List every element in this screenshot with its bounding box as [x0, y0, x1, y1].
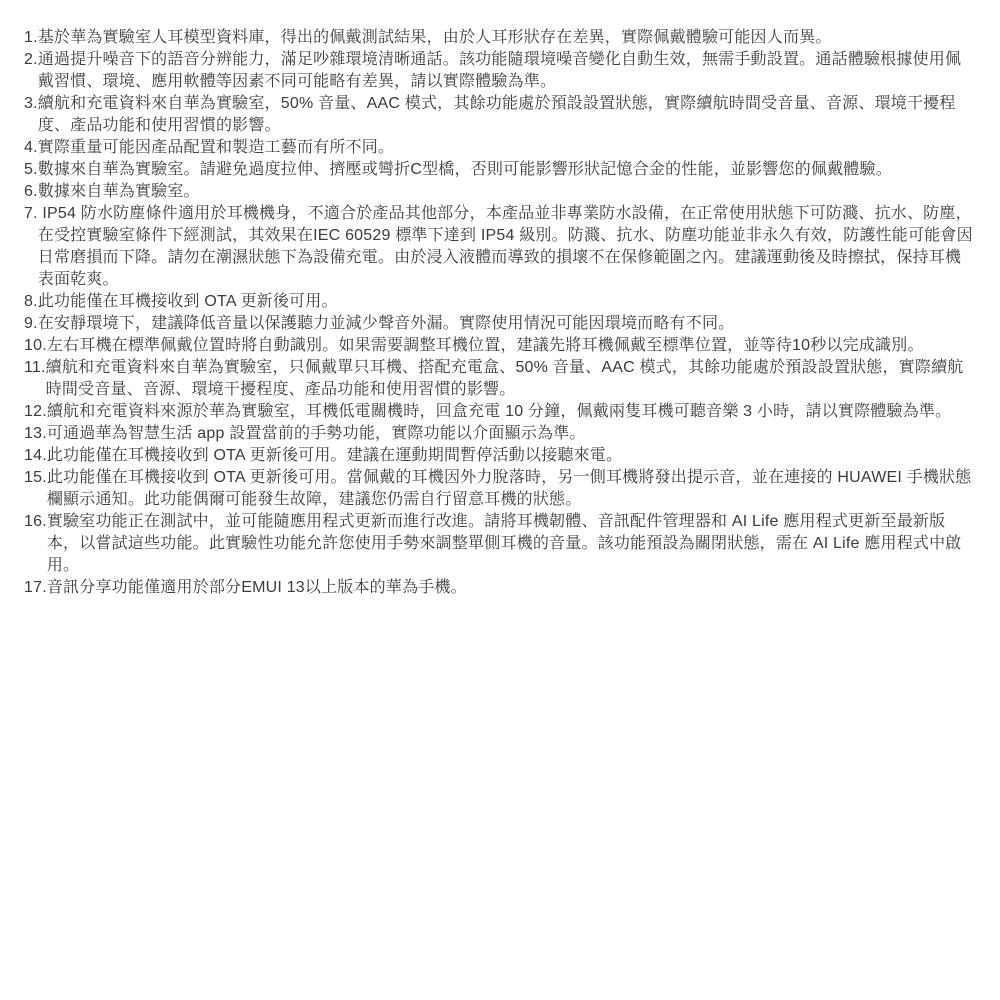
footnote-text: 通過提升噪音下的語音分辨能力，滿足吵雜環境清晰通話。該功能隨環境噪音變化自動生效… — [38, 49, 974, 93]
footnote-text: 實際重量可能因產品配置和製造工藝而有所不同。 — [38, 137, 974, 159]
footnote-text: 續航和充電資料來自華為實驗室，只佩戴單只耳機、搭配充電盒、50% 音量、AAC … — [46, 357, 974, 401]
footnote-item: 8.此功能僅在耳機接收到 OTA 更新後可用。 — [24, 291, 974, 313]
footnote-text: 基於華為實驗室人耳模型資料庫，得出的佩戴測試結果，由於人耳形狀存在差異，實際佩戴… — [38, 27, 974, 49]
footnote-number: 8. — [24, 291, 38, 313]
footnote-item: 13.可通過華為智慧生活 app 設置當前的手勢功能，實際功能以介面顯示為準。 — [24, 423, 974, 445]
footnote-number: 17. — [24, 577, 47, 599]
footnote-item: 7. IP54 防水防塵條件適用於耳機機身，不適合於產品其他部分，本產品並非專業… — [24, 203, 974, 291]
footnote-item: 15.此功能僅在耳機接收到 OTA 更新後可用。當佩戴的耳機因外力脫落時，另一側… — [24, 467, 974, 511]
footnote-item: 1.基於華為實驗室人耳模型資料庫，得出的佩戴測試結果，由於人耳形狀存在差異，實際… — [24, 27, 974, 49]
footnote-text: 此功能僅在耳機接收到 OTA 更新後可用。當佩戴的耳機因外力脫落時，另一側耳機將… — [47, 467, 974, 511]
footnote-number: 3. — [24, 93, 38, 115]
footnote-item: 6.數據來自華為實驗室。 — [24, 181, 974, 203]
footnote-text: 此功能僅在耳機接收到 OTA 更新後可用。建議在運動期間暫停活動以接聽來電。 — [47, 445, 974, 467]
footnote-item: 9.在安靜環境下，建議降低音量以保護聽力並減少聲音外漏。實際使用情況可能因環境而… — [24, 313, 974, 335]
footnote-item: 14.此功能僅在耳機接收到 OTA 更新後可用。建議在運動期間暫停活動以接聽來電… — [24, 445, 974, 467]
footnote-number: 12. — [24, 401, 47, 423]
footnote-number: 16. — [24, 511, 47, 533]
footnote-number: 9. — [24, 313, 38, 335]
footnote-item: 17.音訊分享功能僅適用於部分EMUI 13以上版本的華為手機。 — [24, 577, 974, 599]
footnote-number: 11. — [24, 357, 46, 379]
footnote-text: 此功能僅在耳機接收到 OTA 更新後可用。 — [38, 291, 974, 313]
footnote-number: 2. — [24, 49, 38, 71]
footnote-number: 13. — [24, 423, 47, 445]
footnote-text: 續航和充電資料來源於華為實驗室，耳機低電關機時，回盒充電 10 分鐘，佩戴兩隻耳… — [47, 401, 974, 423]
footnote-text: 實驗室功能正在測試中，並可能隨應用程式更新而進行改進。請將耳機韌體、音訊配件管理… — [47, 511, 974, 577]
footnote-text: 左右耳機在標準佩戴位置時將自動識別。如果需要調整耳機位置，建議先將耳機佩戴至標準… — [47, 335, 974, 357]
footnote-number: 10. — [24, 335, 47, 357]
footnote-text: 可通過華為智慧生活 app 設置當前的手勢功能，實際功能以介面顯示為準。 — [47, 423, 974, 445]
footnote-text: 在安靜環境下，建議降低音量以保護聽力並減少聲音外漏。實際使用情況可能因環境而略有… — [38, 313, 974, 335]
footnote-text: 續航和充電資料來自華為實驗室，50% 音量、AAC 模式，其餘功能處於預設設置狀… — [38, 93, 974, 137]
footnote-text: IP54 防水防塵條件適用於耳機機身，不適合於產品其他部分，本產品並非專業防水設… — [38, 203, 974, 291]
footnote-item: 11.續航和充電資料來自華為實驗室，只佩戴單只耳機、搭配充電盒、50% 音量、A… — [24, 357, 974, 401]
footnote-text: 數據來自華為實驗室。 — [38, 181, 974, 203]
footnote-item: 12.續航和充電資料來源於華為實驗室，耳機低電關機時，回盒充電 10 分鐘，佩戴… — [24, 401, 974, 423]
footnote-item: 16.實驗室功能正在測試中，並可能隨應用程式更新而進行改進。請將耳機韌體、音訊配… — [24, 511, 974, 577]
footnote-number: 14. — [24, 445, 47, 467]
footnote-number: 1. — [24, 27, 38, 49]
footnote-number: 15. — [24, 467, 47, 489]
footnote-text: 數據來自華為實驗室。請避免過度拉伸、擠壓或彎折C型橋，否則可能影響形狀記憶合金的… — [38, 159, 974, 181]
footnote-item: 10.左右耳機在標準佩戴位置時將自動識別。如果需要調整耳機位置，建議先將耳機佩戴… — [24, 335, 974, 357]
footnote-item: 3.續航和充電資料來自華為實驗室，50% 音量、AAC 模式，其餘功能處於預設設… — [24, 93, 974, 137]
footnote-number: 6. — [24, 181, 38, 203]
footnote-number: 5. — [24, 159, 38, 181]
footnote-item: 5.數據來自華為實驗室。請避免過度拉伸、擠壓或彎折C型橋，否則可能影響形狀記憶合… — [24, 159, 974, 181]
disclaimer-page: 1.基於華為實驗室人耳模型資料庫，得出的佩戴測試結果，由於人耳形狀存在差異，實際… — [0, 0, 1000, 1000]
footnote-item: 2.通過提升噪音下的語音分辨能力，滿足吵雜環境清晰通話。該功能隨環境噪音變化自動… — [24, 49, 974, 93]
footnotes-list: 1.基於華為實驗室人耳模型資料庫，得出的佩戴測試結果，由於人耳形狀存在差異，實際… — [24, 27, 974, 599]
footnote-number: 7. — [24, 203, 38, 225]
footnote-item: 4.實際重量可能因產品配置和製造工藝而有所不同。 — [24, 137, 974, 159]
footnote-number: 4. — [24, 137, 38, 159]
footnote-text: 音訊分享功能僅適用於部分EMUI 13以上版本的華為手機。 — [47, 577, 974, 599]
